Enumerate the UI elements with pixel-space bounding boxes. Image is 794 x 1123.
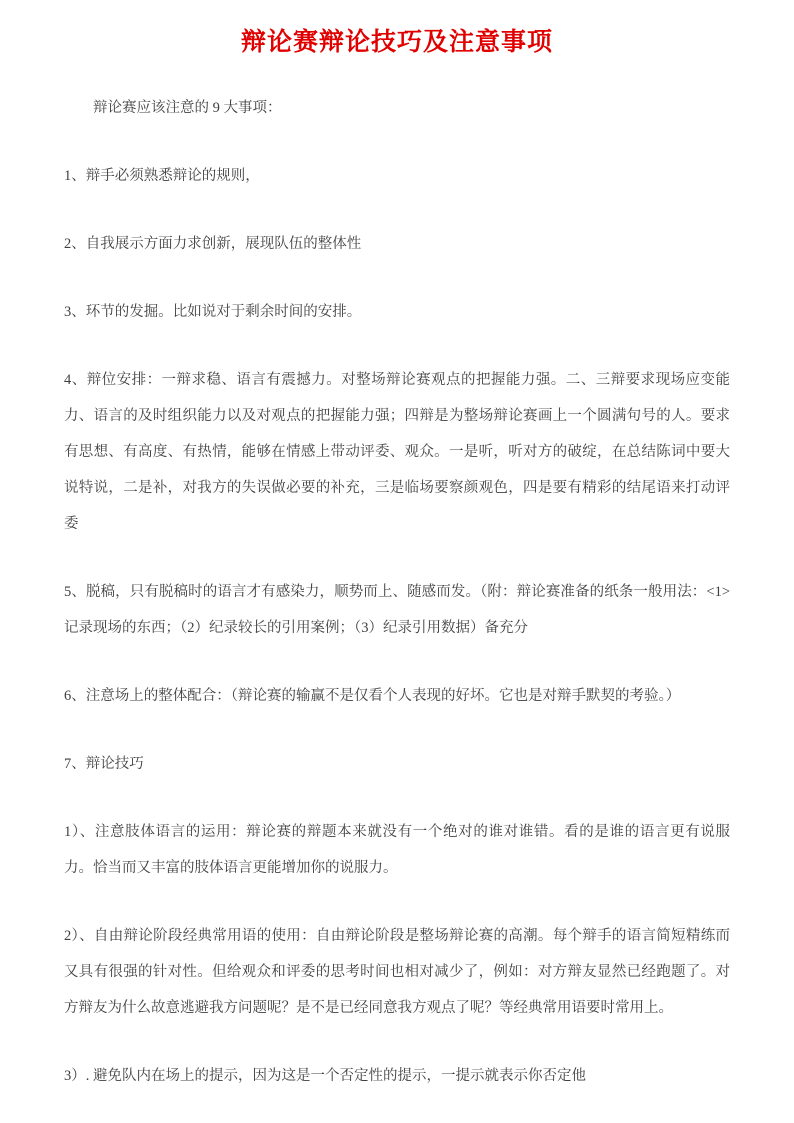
paragraph-6: 6、注意场上的整体配合：（辩论赛的输赢不是仅看个人表现的好坏。它也是对辩手默契的… [64, 678, 730, 714]
paragraph-8: 1）、注意肢体语言的运用：辩论赛的辩题本来就没有一个绝对的谁对谁错。看的是谁的语… [64, 814, 730, 886]
paragraph-3: 3、环节的发掘。比如说对于剩余时间的安排。 [64, 294, 730, 330]
paragraph-5: 5、脱稿，只有脱稿时的语言才有感染力，顺势而上、随感而发。（附：辩论赛准备的纸条… [64, 574, 730, 646]
paragraph-1: 1、辩手必须熟悉辩论的规则， [64, 158, 730, 194]
document-page: 辩论赛辩论技巧及注意事项 辩论赛应该注意的 9 大事项： 1、辩手必须熟悉辩论的… [0, 0, 794, 1123]
intro-line: 辩论赛应该注意的 9 大事项： [64, 90, 730, 126]
paragraph-10: 3）. 避免队内在场上的提示，因为这是一个否定性的提示，一提示就表示你否定他 [64, 1058, 730, 1094]
paragraph-9: 2）、自由辩论阶段经典常用语的使用：自由辩论阶段是整场辩论赛的高潮。每个辩手的语… [64, 918, 730, 1026]
paragraph-4: 4、辩位安排：一辩求稳、语言有震撼力。对整场辩论赛观点的把握能力强。二、三辩要求… [64, 362, 730, 542]
paragraph-7: 7、辩论技巧 [64, 746, 730, 782]
page-title: 辩论赛辩论技巧及注意事项 [64, 26, 730, 60]
paragraph-2: 2、自我展示方面力求创新，展现队伍的整体性 [64, 226, 730, 262]
